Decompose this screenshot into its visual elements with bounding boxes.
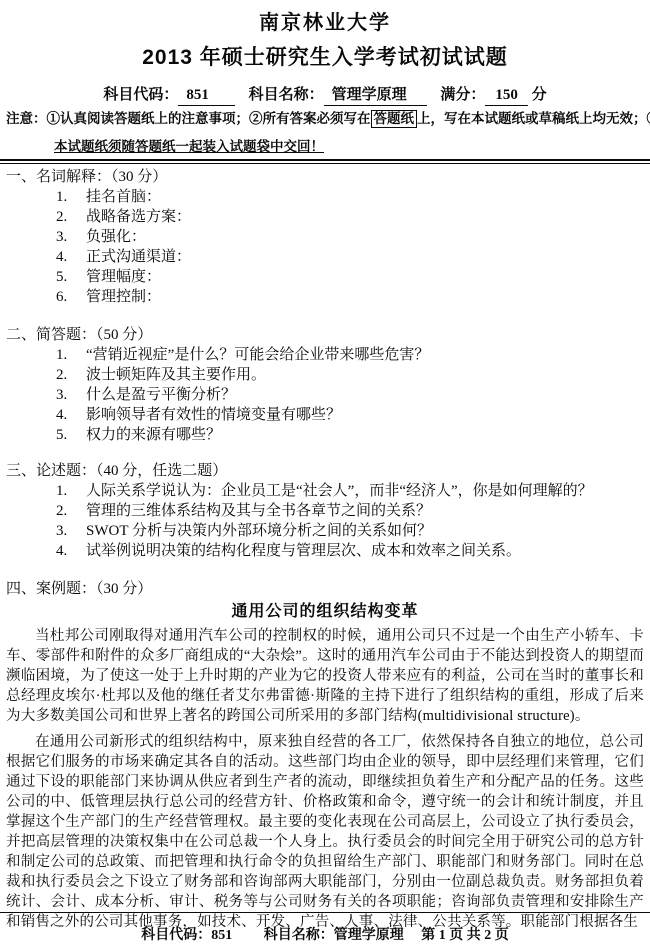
page-footer: 科目代码：851 科目名称：管理学原理 第 1 页 共 2 页 bbox=[0, 927, 650, 945]
notice-text-part2: 上，写在本试题纸或草稿纸上均无效；③ bbox=[417, 111, 650, 126]
question-item: 4.正式沟通渠道： bbox=[6, 247, 644, 267]
question-number: 1. bbox=[56, 345, 86, 365]
notice-text-part1: ①认真阅读答题纸上的注意事项；②所有答案必须写在 bbox=[47, 111, 371, 126]
question-item: 2.管理的三维体系结构及其与全书各章节之间的关系？ bbox=[6, 501, 644, 521]
question-item: 3.SWOT 分析与决策内外部环境分析之间的关系如何？ bbox=[6, 521, 644, 541]
exam-paper-page: 南京林业大学 2013 年硕士研究生入学考试初试试题 科目代码：851 科目名称… bbox=[0, 0, 650, 951]
notice-label: 注意： bbox=[6, 111, 47, 126]
footer-code-label: 科目代码： bbox=[141, 928, 211, 943]
question-number: 4. bbox=[56, 247, 86, 267]
footer-divider bbox=[0, 912, 650, 913]
question-item: 3.什么是盈亏平衡分析？ bbox=[6, 385, 644, 405]
header-divider bbox=[0, 159, 650, 164]
question-number: 5. bbox=[56, 425, 86, 445]
section-1-heading: 一、名词解释：（30 分） bbox=[6, 167, 644, 187]
exam-title: 2013 年硕士研究生入学考试初试试题 bbox=[6, 44, 644, 72]
full-score-unit: 分 bbox=[532, 87, 547, 103]
question-text: SWOT 分析与决策内外部环境分析之间的关系如何？ bbox=[86, 521, 644, 541]
case-paragraph-2: 在通用公司新形式的组织结构中，原来独自经营的各工厂，依然保持各自独立的地位，总公… bbox=[6, 732, 644, 932]
subject-name-value: 管理学原理 bbox=[324, 85, 427, 106]
section-2-heading: 二、简答题：（50 分） bbox=[6, 325, 644, 345]
question-number: 4. bbox=[56, 405, 86, 425]
question-text: 试举例说明决策的结构化程度与管理层次、成本和效率之间关系。 bbox=[86, 541, 644, 561]
question-number: 2. bbox=[56, 365, 86, 385]
question-item: 2.战略备选方案： bbox=[6, 207, 644, 227]
footer-name-value: 管理学原理 bbox=[334, 928, 404, 943]
subject-line: 科目代码：851 科目名称：管理学原理 满分：150 分 bbox=[6, 85, 644, 106]
question-number: 1. bbox=[56, 187, 86, 207]
question-text: 管理的三维体系结构及其与全书各章节之间的关系？ bbox=[86, 501, 644, 521]
question-text: 波士顿矩阵及其主要作用。 bbox=[86, 365, 644, 385]
question-item: 1.“营销近视症”是什么？可能会给企业带来哪些危害？ bbox=[6, 345, 644, 365]
question-text: 管理幅度： bbox=[86, 267, 644, 287]
footer-code-value: 851 bbox=[211, 928, 232, 943]
question-text: 人际关系学说认为：企业员工是“社会人”，而非“经济人”，你是如何理解的？ bbox=[86, 481, 644, 501]
case-title: 通用公司的组织结构变革 bbox=[6, 602, 644, 622]
question-number: 3. bbox=[56, 521, 86, 541]
full-score-value: 150 bbox=[485, 85, 528, 106]
question-item: 1.挂名首脑： bbox=[6, 187, 644, 207]
question-number: 2. bbox=[56, 501, 86, 521]
question-item: 4.影响领导者有效性的情境变量有哪些？ bbox=[6, 405, 644, 425]
question-text: 负强化： bbox=[86, 227, 644, 247]
university-name: 南京林业大学 bbox=[6, 10, 644, 36]
notice-line2: 本试题纸须随答题纸一起装入试题袋中交回！ bbox=[6, 137, 644, 156]
question-number: 3. bbox=[56, 385, 86, 405]
question-item: 6.管理控制： bbox=[6, 287, 644, 307]
question-number: 6. bbox=[56, 287, 86, 307]
question-item: 2.波士顿矩阵及其主要作用。 bbox=[6, 365, 644, 385]
question-text: “营销近视症”是什么？可能会给企业带来哪些危害？ bbox=[86, 345, 644, 365]
question-text: 管理控制： bbox=[86, 287, 644, 307]
question-item: 4.试举例说明决策的结构化程度与管理层次、成本和效率之间关系。 bbox=[6, 541, 644, 561]
footer-name-label: 科目名称： bbox=[264, 928, 334, 943]
question-number: 4. bbox=[56, 541, 86, 561]
question-text: 权力的来源有哪些？ bbox=[86, 425, 644, 445]
boxed-answer-sheet-term: 答题纸 bbox=[371, 110, 418, 128]
question-number: 3. bbox=[56, 227, 86, 247]
question-number: 1. bbox=[56, 481, 86, 501]
question-number: 2. bbox=[56, 207, 86, 227]
subject-code-value: 851 bbox=[178, 85, 235, 106]
question-text: 什么是盈亏平衡分析？ bbox=[86, 385, 644, 405]
footer-page-info: 第 1 页 共 2 页 bbox=[421, 928, 509, 943]
notice-line1: 注意：①认真阅读答题纸上的注意事项；②所有答案必须写在答题纸上，写在本试题纸或草… bbox=[6, 109, 644, 128]
question-text: 战略备选方案： bbox=[86, 207, 644, 227]
full-score-label: 满分： bbox=[440, 87, 485, 103]
question-text: 挂名首脑： bbox=[86, 187, 644, 207]
question-item: 5.权力的来源有哪些？ bbox=[6, 425, 644, 445]
section-4-heading: 四、案例题：（30 分） bbox=[6, 579, 644, 599]
subject-code-label: 科目代码： bbox=[103, 87, 178, 103]
subject-name-label: 科目名称： bbox=[249, 87, 324, 103]
question-number: 5. bbox=[56, 267, 86, 287]
notice-line2-text: 本试题纸须随答题纸一起装入试题袋中交回！ bbox=[54, 139, 324, 154]
question-text: 影响领导者有效性的情境变量有哪些？ bbox=[86, 405, 644, 425]
case-paragraph-1: 当杜邦公司刚取得对通用汽车公司的控制权的时候，通用公司只不过是一个由生产小轿车、… bbox=[6, 626, 644, 726]
question-item: 1.人际关系学说认为：企业员工是“社会人”，而非“经济人”，你是如何理解的？ bbox=[6, 481, 644, 501]
question-item: 5.管理幅度： bbox=[6, 267, 644, 287]
section-3-heading: 三、论述题：（40 分，任选二题） bbox=[6, 461, 644, 481]
question-text: 正式沟通渠道： bbox=[86, 247, 644, 267]
question-item: 3.负强化： bbox=[6, 227, 644, 247]
